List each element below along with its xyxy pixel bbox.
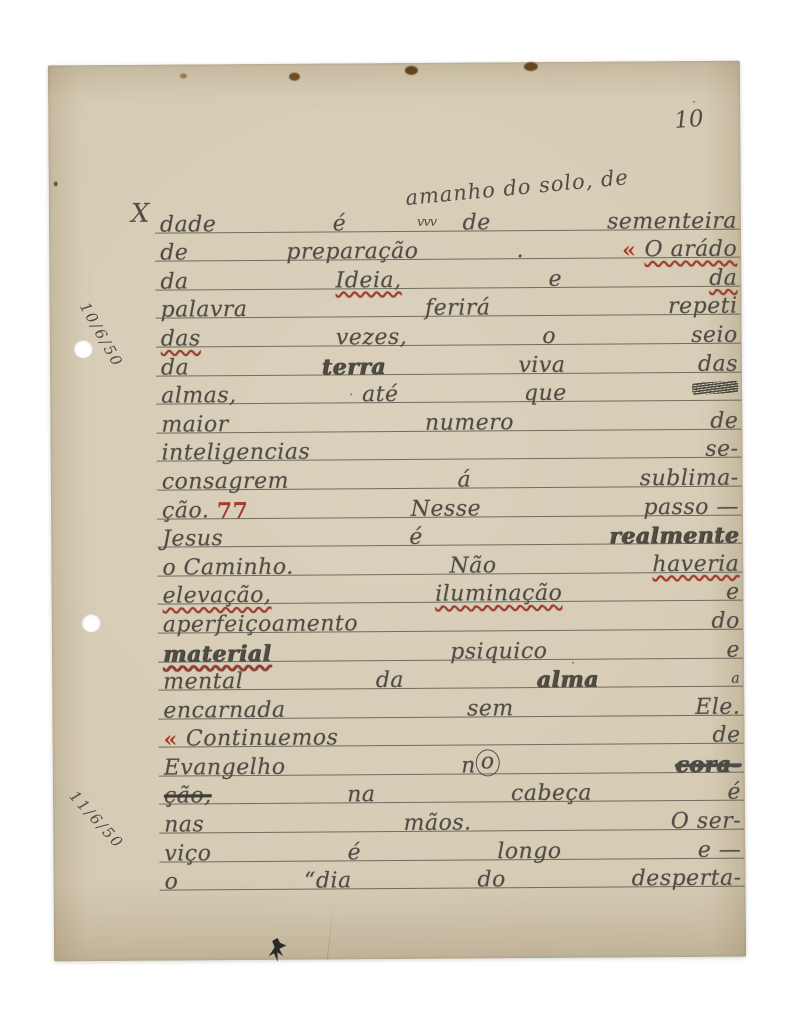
word-group: palavra (161, 298, 248, 318)
word: o (165, 871, 179, 895)
word: Não (449, 554, 496, 578)
word: da (161, 356, 189, 380)
word: O ser- (671, 810, 741, 834)
word-group: desperta- (632, 867, 742, 887)
word-group: passo — (643, 495, 739, 515)
paper-speck (54, 181, 58, 186)
word-group: do (477, 868, 505, 887)
page-number: 10 (673, 106, 704, 134)
word-group: e — (698, 838, 742, 857)
word-group: Jesus (162, 527, 223, 546)
word: na (347, 784, 375, 808)
word: passo — (643, 495, 739, 520)
word: palavra (161, 298, 248, 323)
word-group: na (347, 784, 375, 803)
word-group: da (160, 270, 188, 289)
word: de (463, 211, 491, 235)
word: das (161, 327, 201, 351)
word: ferirá (425, 297, 491, 321)
word-group: de (710, 409, 738, 428)
word-group: o Caminho. (162, 555, 293, 575)
word: de (712, 724, 740, 748)
word-group: é (348, 841, 362, 860)
word: preparação (286, 240, 418, 265)
manuscript-line: depreparação.« O arádo (155, 229, 740, 262)
word: ção, (164, 785, 212, 809)
paper-speck (693, 101, 695, 103)
word: do (711, 610, 739, 634)
word-group: da (376, 669, 404, 688)
word-group: . (516, 239, 524, 258)
word-group: consagrem (162, 470, 289, 490)
word: maior (161, 413, 228, 437)
handwritten-text-block: dadeédesementeiradepreparação.« O arádod… (155, 201, 745, 891)
word: sem (467, 697, 514, 721)
word: cora- (675, 752, 741, 776)
word: da (160, 270, 188, 294)
word-group: das (698, 352, 738, 371)
word-group: numero (425, 411, 514, 431)
word: de (160, 242, 188, 266)
ink-blot (268, 937, 286, 962)
word: vezes, (336, 326, 408, 350)
word: viço (164, 842, 211, 866)
margin-date-bottom: 11/6/50 (66, 787, 128, 852)
word: e (549, 268, 563, 292)
word-group: sem (467, 697, 514, 716)
word: realmente (609, 524, 739, 549)
word-group: o (542, 325, 556, 344)
word-group: viço (164, 842, 211, 861)
word: nas (164, 813, 204, 837)
word: á (457, 468, 471, 492)
word-group: e (549, 268, 563, 287)
word: é (409, 526, 423, 550)
word: sementeira (607, 209, 737, 234)
word: encarnada (163, 698, 285, 723)
word-group: « Continuemos (164, 727, 339, 747)
punch-hole (74, 339, 93, 358)
word: alma (537, 668, 599, 692)
word-group: « O arádo (622, 238, 737, 258)
word-group: e (726, 581, 740, 600)
manuscript-line: dadeédesementeira (155, 201, 740, 234)
word-group: sementeira (607, 209, 737, 229)
word-group: alma (537, 668, 599, 687)
word-group: mãos. (403, 812, 471, 831)
word-group: aperfeiçoamento (163, 612, 358, 632)
word-group: de (160, 242, 188, 261)
word: cabeça (511, 782, 592, 807)
word-group: o (165, 871, 179, 890)
word: psiquico (450, 639, 547, 664)
word-group: mental (163, 670, 243, 690)
word: Continuemos (186, 727, 339, 752)
word-group: Ideia, (336, 269, 402, 288)
word: Evangelho (164, 756, 286, 781)
word: dade (160, 213, 216, 237)
manuscript-line: maiornumerode (156, 401, 741, 434)
word-group (692, 382, 738, 400)
word-group: Ele. (695, 695, 740, 714)
word-group: a (731, 666, 740, 686)
word: ção. (162, 499, 217, 523)
word: aperfeiçoamento (163, 612, 358, 637)
manuscript-line: palavraferirárepeti (155, 286, 740, 319)
foxing-stain (405, 66, 418, 75)
word: 77 (217, 499, 249, 523)
word: e (726, 638, 740, 662)
word: Jesus (162, 527, 223, 551)
word: o (542, 325, 556, 349)
word-group: cora- (675, 752, 741, 771)
word-group: cabeça (511, 782, 592, 802)
word-group: inteligencias (162, 441, 311, 461)
word: seio (691, 324, 738, 348)
word: do (477, 868, 505, 892)
manuscript-line: o“diadodesperta- (159, 858, 744, 891)
manuscript-line: daterravivadas (156, 344, 741, 377)
word: e — (698, 838, 742, 862)
word: iluminação (435, 582, 562, 607)
word: Nesse (411, 497, 482, 521)
word: desperta- (632, 867, 742, 892)
word: inteligencias (162, 441, 311, 466)
word: mental (163, 670, 243, 695)
word-group: sublima- (640, 467, 739, 487)
word-group: material (163, 641, 271, 661)
word-group: do (711, 610, 739, 629)
word: a (731, 667, 740, 691)
word: « (622, 238, 645, 262)
word: longo (497, 840, 561, 864)
word: “dia (304, 870, 352, 894)
word: sublima- (640, 467, 739, 492)
word: e (726, 581, 740, 605)
word-group: no (461, 749, 500, 773)
word: consagrem (162, 470, 289, 495)
word-group: da (709, 266, 737, 285)
word-group: iluminação (435, 582, 562, 602)
word: é (348, 841, 362, 865)
word: o (476, 749, 500, 776)
word-group: da (161, 356, 189, 375)
word: mãos. (403, 812, 471, 836)
word-group: Nesse (411, 497, 482, 516)
word: o Caminho. (162, 555, 293, 580)
manuscript-line: daIdeia,eda (155, 258, 740, 291)
word: Ele. (695, 695, 740, 719)
word-group: á (457, 468, 471, 487)
word-group: se- (705, 438, 738, 457)
word: haveria (652, 552, 739, 577)
word: Ideia, (336, 269, 402, 293)
punch-hole (82, 613, 101, 632)
word-group: terra (322, 355, 386, 374)
word: da (709, 266, 737, 290)
scribbled-out-word (692, 381, 739, 396)
paper-crease (327, 904, 334, 960)
word-group: almas, (161, 384, 237, 404)
word-group: repeti (668, 295, 738, 314)
manuscript-line: nasmãos.O ser- (159, 801, 744, 834)
word-group: elevação, (163, 584, 272, 604)
foxing-stain (524, 62, 538, 71)
scan-background: 10 amanho do solo, de vvv X 10/6/50 11/6… (0, 0, 806, 1024)
word-group: de (463, 211, 491, 230)
word: que (524, 382, 567, 406)
manuscript-line: encarnadasemEle. (158, 687, 743, 720)
word-group: de (712, 724, 740, 743)
foxing-stain (180, 73, 187, 78)
word-group: e (726, 638, 740, 657)
word: . (516, 239, 524, 263)
word: é (727, 781, 741, 805)
word: até (362, 383, 399, 407)
word: da (376, 669, 404, 693)
word-group: Não (449, 554, 496, 573)
foxing-stain (289, 73, 300, 81)
word-group: ção. 77 (162, 499, 249, 519)
word: é (333, 212, 347, 236)
word: viva (518, 353, 565, 377)
word-group: seio (691, 324, 738, 343)
word-group: é (333, 212, 347, 231)
x-mark: X (131, 199, 150, 229)
word-group: dade (160, 213, 216, 232)
word: terra (322, 355, 386, 379)
margin-date-top: 10/6/50 (76, 299, 127, 370)
word: n (461, 754, 476, 778)
word-group: psiquico (450, 639, 547, 659)
word-group: até (362, 383, 399, 402)
word: material (163, 641, 271, 666)
word-group: encarnada (163, 698, 285, 718)
word: das (698, 352, 738, 376)
word: de (710, 409, 738, 433)
word: « (164, 728, 187, 752)
word-group: O ser- (671, 810, 741, 829)
manuscript-line: almas,atéque (156, 372, 741, 405)
word-group: viva (518, 353, 565, 372)
word-group: ferirá (425, 297, 490, 316)
word-group: é (409, 526, 423, 545)
word: elevação, (163, 584, 272, 609)
word-group: preparação (286, 240, 418, 260)
manuscript-page: 10 amanho do solo, de vvv X 10/6/50 11/6… (48, 61, 746, 962)
word: numero (425, 411, 514, 436)
word-group: que (524, 382, 567, 401)
word-group: realmente (609, 524, 739, 544)
word: se- (705, 438, 738, 462)
word-group: maior (161, 413, 228, 432)
word-group: é (727, 781, 741, 800)
word-group: “dia (304, 870, 352, 889)
word-group: Evangelho (164, 756, 286, 776)
word-group: nas (164, 813, 204, 832)
word-group: longo (497, 840, 561, 859)
word: repeti (668, 295, 738, 319)
word: O arádo (644, 238, 737, 263)
word-group: das (161, 327, 201, 346)
word-group: vezes, (336, 326, 407, 345)
word-group: haveria (652, 552, 739, 572)
word: almas, (161, 384, 237, 409)
word-group: ção, (164, 785, 212, 804)
